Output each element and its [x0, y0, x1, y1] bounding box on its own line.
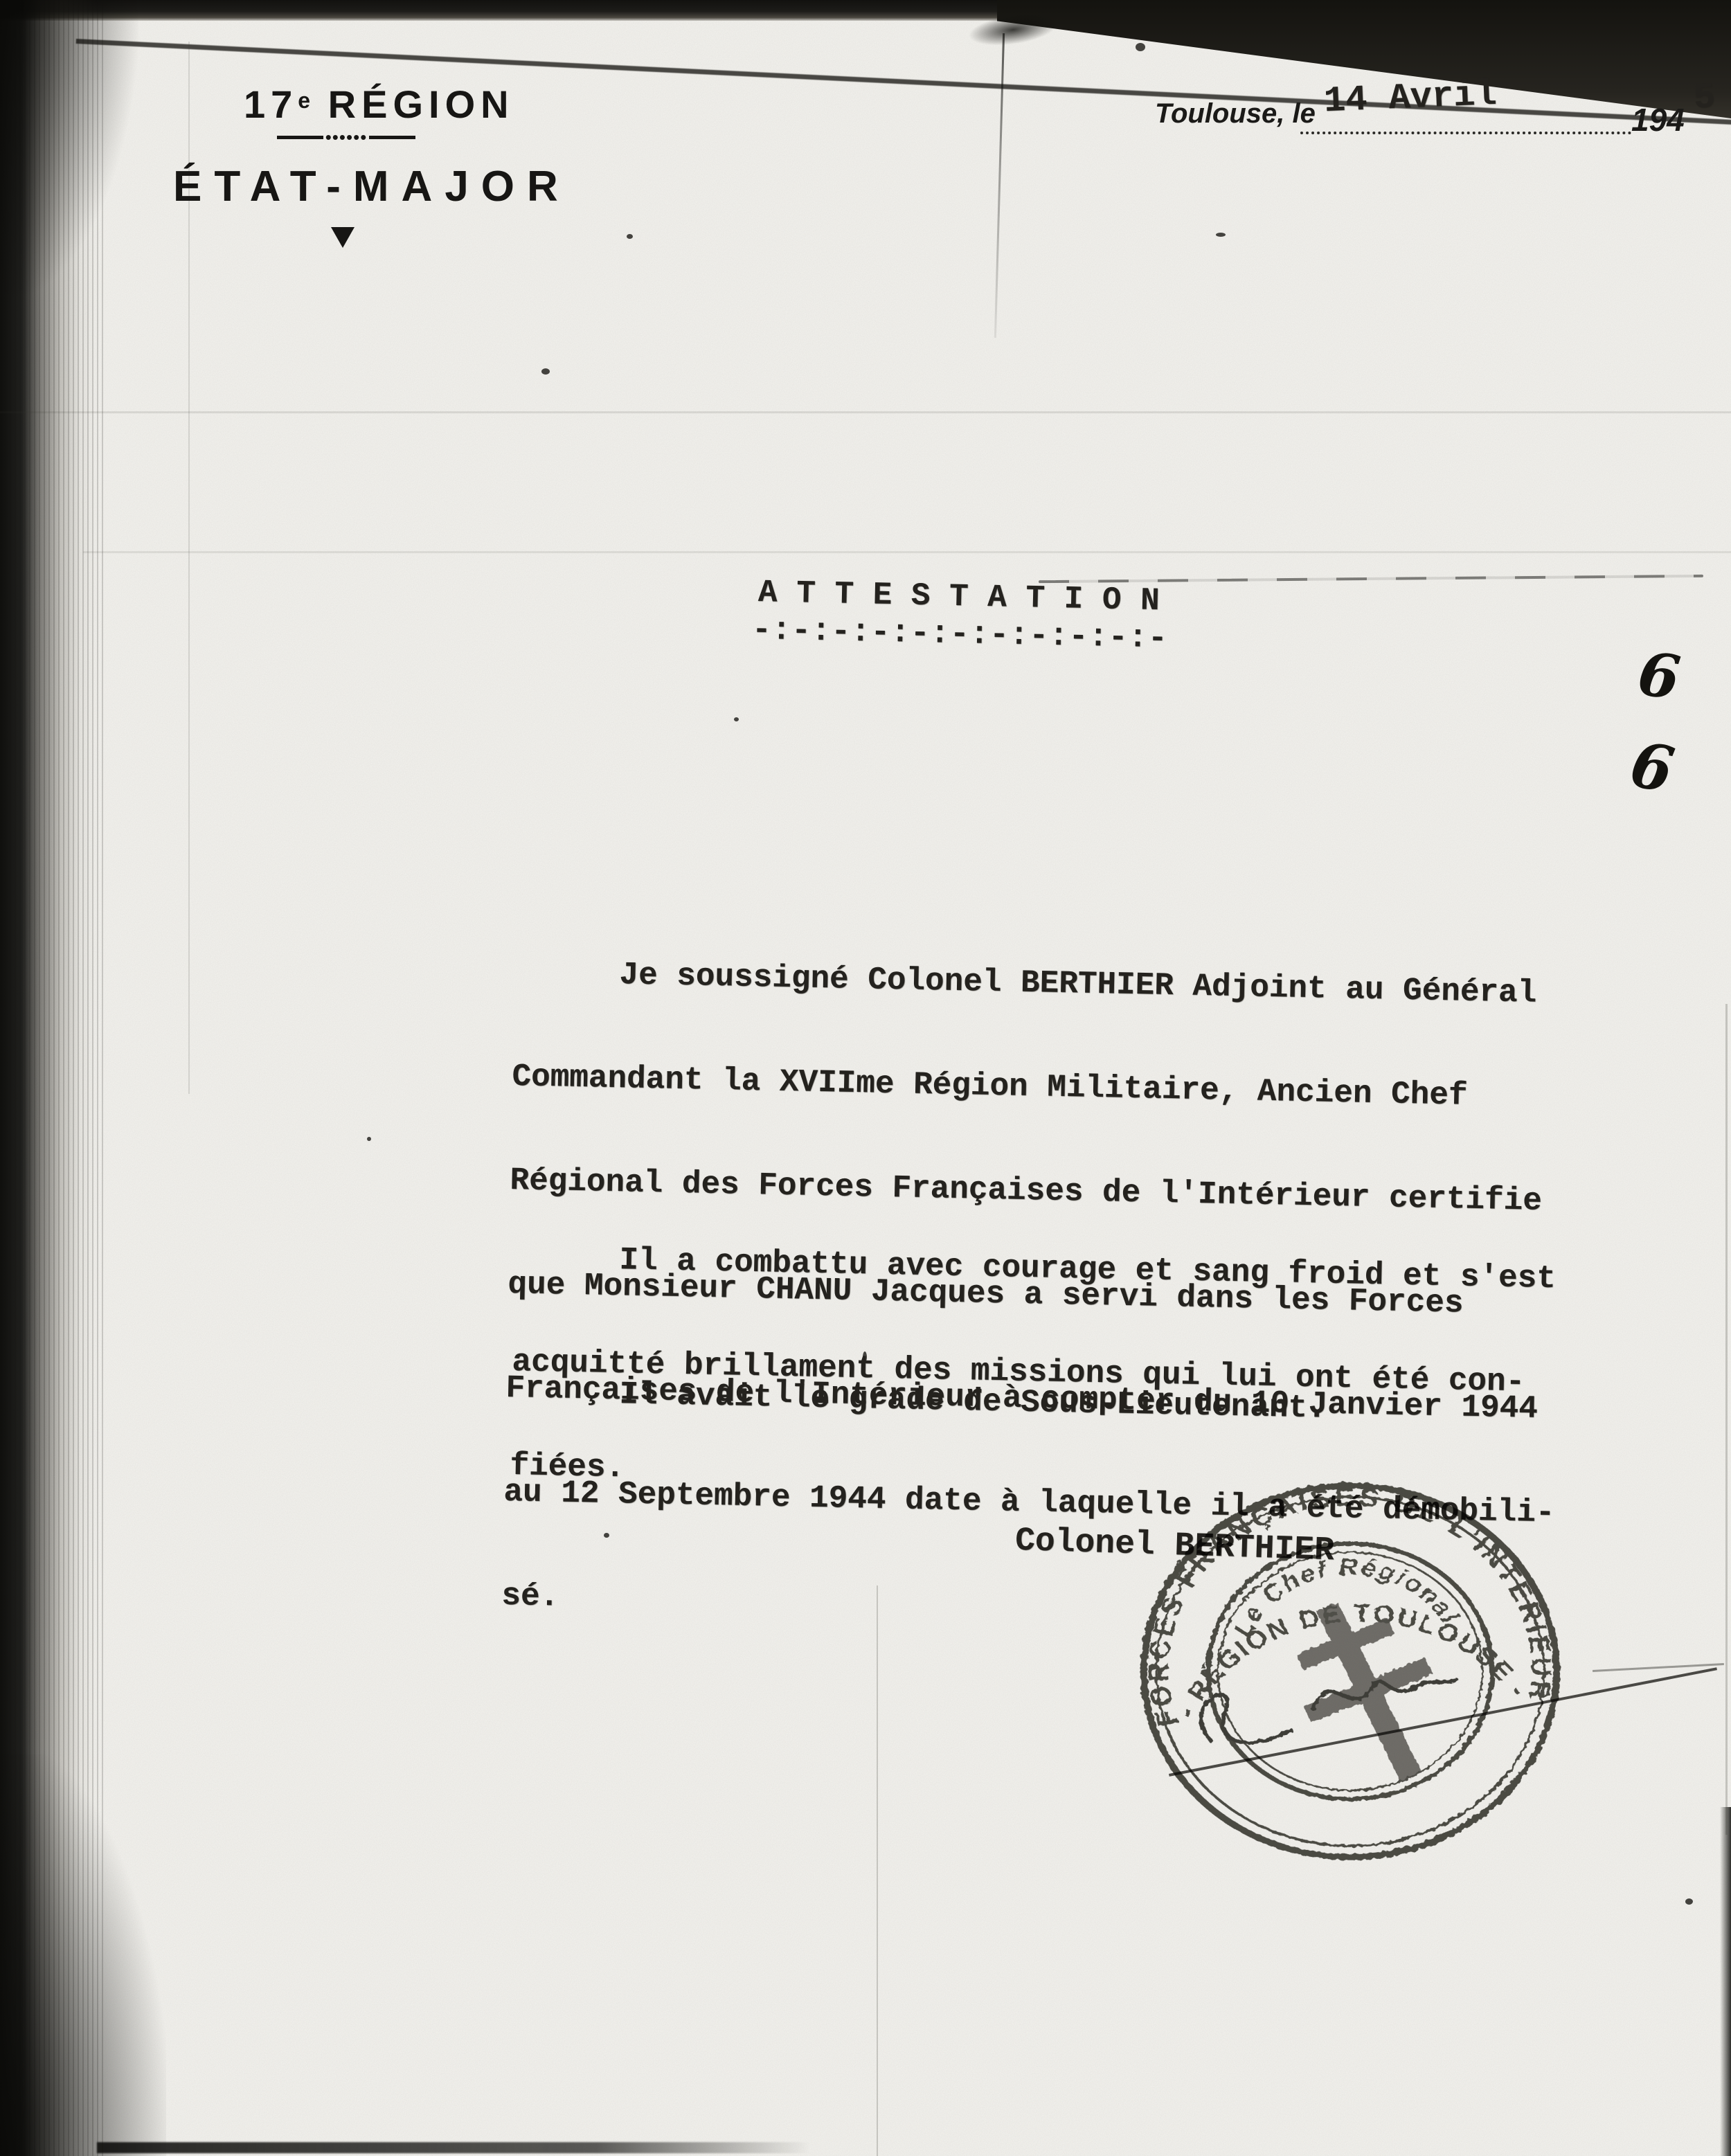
letterhead-divider: •••••• — [277, 132, 415, 143]
scan-edge-bottom — [97, 2142, 810, 2153]
ink-speck — [627, 234, 633, 239]
body-paragraph-3: Il avait le grade de Sous-Lieutenant. — [513, 1306, 1328, 1461]
divider-dots: •••••• — [323, 134, 370, 141]
region-ordinal-sup: e — [298, 88, 312, 113]
scan-line-artifact — [0, 411, 1731, 413]
ink-speck — [541, 368, 550, 375]
scan-shadow-bottom-left — [0, 1754, 166, 2156]
ink-speck — [367, 1137, 371, 1141]
letterhead-unit-title: ÉTAT-MAJOR — [173, 162, 571, 211]
scanned-document-page: { "header": { "region_number": "17", "re… — [0, 0, 1731, 2156]
date-dotted-line — [1300, 104, 1631, 134]
body-line: Il avait le grade de Sous-Lieutenant. — [514, 1375, 1327, 1426]
document-title-underline: -:-:-:-:-:-:-:-:-:-:- — [752, 612, 1169, 657]
body-line: Il a combattu avec courage et sang froid… — [514, 1241, 1556, 1296]
letterhead-region-title: 17e RÉGION — [244, 82, 514, 127]
document-title: A T T E S T A T I O N — [758, 575, 1160, 619]
scan-shadow-top-left — [0, 0, 138, 298]
handwritten-margin-mark: 6 — [1634, 639, 1684, 714]
handwritten-margin-mark: 6 — [1624, 728, 1679, 808]
body-line: Commandant la XVIIme Région Militaire, A… — [512, 1059, 1563, 1115]
paper-right-edge-line — [1725, 1004, 1728, 1835]
fold-line-center — [877, 1585, 878, 2156]
date-place-label: Toulouse, le — [1155, 98, 1316, 129]
ink-speck — [1216, 233, 1226, 237]
typed-year-digit: 5 — [1692, 77, 1716, 119]
region-word: RÉGION — [328, 82, 514, 126]
scratch-line — [1039, 575, 1703, 583]
scan-line-artifact — [83, 551, 1731, 553]
official-stamp: FORCES FRANÇAISES DE L'INTÉRIEUR - RÉGIO… — [1123, 1471, 1577, 1872]
divider-bar-right — [369, 136, 415, 139]
region-number: 17 — [244, 82, 298, 126]
body-line: Je soussigné Colonel BERTHIER Adjoint au… — [514, 955, 1566, 1011]
divider-bar-left — [277, 136, 323, 139]
ink-speck — [1685, 1898, 1693, 1905]
ink-speck — [1136, 43, 1145, 51]
scan-edge-right — [1720, 1807, 1731, 2156]
ink-speck — [734, 717, 739, 721]
triangle-marker-icon — [331, 227, 355, 248]
paper-crack — [994, 33, 1005, 338]
printed-year-prefix: 194 — [1631, 101, 1685, 138]
